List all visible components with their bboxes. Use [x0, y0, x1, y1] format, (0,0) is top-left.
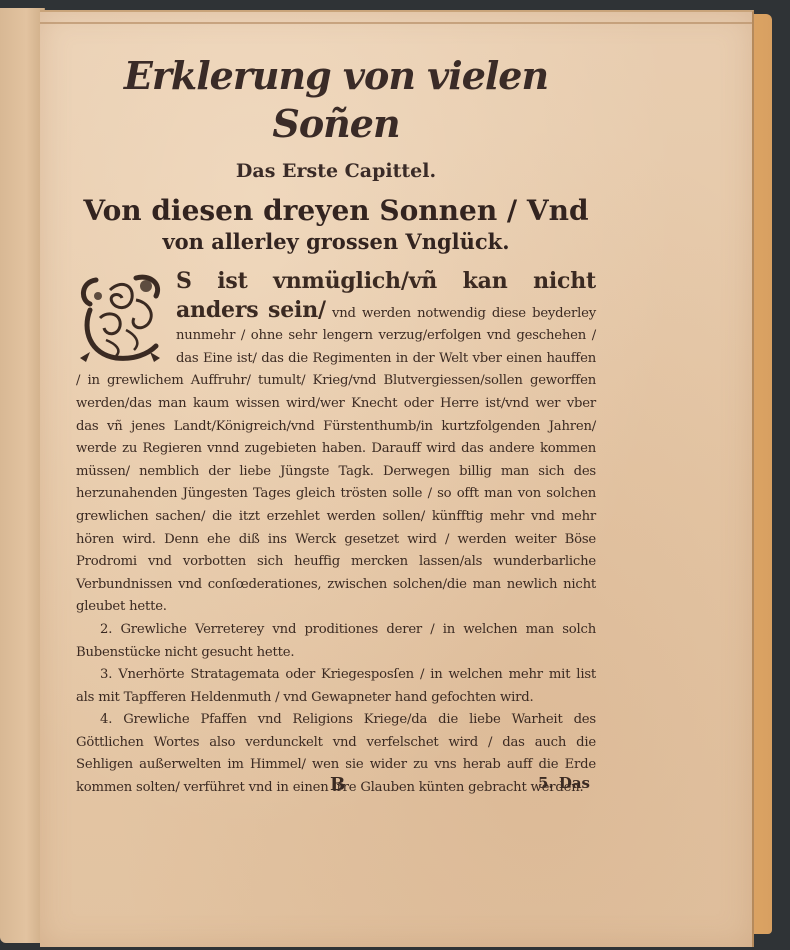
signature-mark: B	[330, 774, 345, 795]
paragraph-1: S ist vnmüglich/vñ kan nicht anders sein…	[76, 268, 596, 619]
page-title: Erklerung von vielen Soñen	[76, 52, 596, 148]
page-text-block: Erklerung von vielen Soñen Das Erste Cap…	[76, 52, 596, 800]
chapter-subtitle-line-1: Von diesen dreyen Sonnen / Vnd	[76, 194, 596, 228]
item-number: 3.	[100, 667, 112, 682]
left-page-edge	[0, 8, 45, 943]
paragraph-3-text: Vnerhörte Stratagemata oder Kriegesposſe…	[76, 667, 596, 705]
page-top-rule	[40, 22, 752, 24]
page-footer: B 5. Das	[76, 774, 596, 798]
item-number: 4.	[100, 712, 112, 727]
item-number: 2.	[100, 622, 112, 637]
paragraph-2: 2. Grewliche Verreterey vnd proditiones …	[76, 619, 596, 664]
catchword: 5. Das	[538, 774, 590, 792]
paragraph-2-text: Grewliche Verreterey vnd proditiones der…	[76, 622, 596, 660]
body-text: S ist vnmüglich/vñ kan nicht anders sein…	[76, 268, 596, 800]
paragraph-3: 3. Vnerhörte Stratagemata oder Kriegespo…	[76, 664, 596, 709]
ornamental-drop-cap-icon	[76, 270, 168, 364]
chapter-heading: Das Erste Capittel.	[76, 158, 596, 184]
chapter-subtitle-line-2: von allerley grossen Vnglück.	[76, 228, 596, 256]
